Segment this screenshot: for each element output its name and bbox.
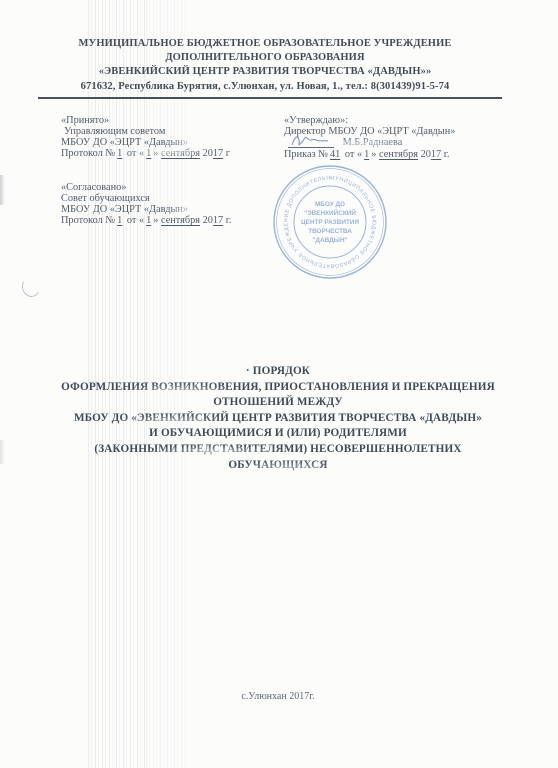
protocol-label: Протокол № — [61, 148, 115, 159]
order-text: » — [371, 149, 376, 160]
org-address: 671632, Республика Бурятия, с.Улюнхан, у… — [28, 80, 502, 94]
protocol-text: » — [153, 148, 158, 159]
agreed-org: МБОУ ДО «ЭЦРТ «Давдын» — [61, 204, 289, 215]
org-name-line3: «ЭВЕНКИЙСКИЙ ЦЕНТР РАЗВИТИЯ ТВОРЧЕСТВА «… — [28, 65, 502, 79]
letterhead-divider — [38, 97, 502, 99]
order-year: 17 — [431, 149, 441, 160]
protocol-month: сентября — [161, 148, 200, 159]
agreed-body: Совет обучающихся — [61, 193, 289, 204]
stamp-center-line: МБОУ ДО — [315, 201, 345, 208]
stamp-center-text: МБОУ ДО "ЭВЕНКИЙСКИЙ ЦЕНТР РАЗВИТИЯ ТВОР… — [301, 201, 360, 244]
protocol-label: Протокол № — [61, 215, 115, 226]
order-line: Приказ №41 от «1» сентября 2017 г. — [284, 149, 550, 160]
protocol-year: 20 — [200, 148, 213, 159]
signature-line — [288, 138, 334, 148]
protocol-suffix: г — [223, 148, 230, 159]
scan-edge-smudge — [0, 440, 5, 464]
accepted-org: МБОУ ДО «ЭЦРТ «Давдын» — [61, 137, 289, 148]
accepted-body: Управляющим советом — [61, 126, 289, 137]
document-title: · ПОРЯДОК ОФОРМЛЕНИЯ ВОЗНИКНОВЕНИЯ, ПРИО… — [28, 364, 528, 473]
document-title-line: ОФОРМЛЕНИЯ ВОЗНИКНОВЕНИЯ, ПРИОСТАНОВЛЕНИ… — [28, 380, 528, 396]
scan-arc-artifact — [20, 275, 43, 299]
agreed-label: «Согласовано» — [61, 182, 289, 193]
document-title-line: И ОБУЧАЮЩИМИСЯ И (ИЛИ) РОДИТЕЛЯМИ — [28, 426, 528, 442]
order-number: 41 — [328, 149, 342, 160]
protocol-suffix: г. — [223, 215, 231, 226]
letterhead: МУНИЦИПАЛЬНОЕ БЮДЖЕТНОЕ ОБРАЗОВАТЕЛЬНОЕ … — [28, 37, 502, 94]
org-name-line2: ДОПОЛНИТЕЛЬНОГО ОБРАЗОВАНИЯ — [28, 51, 502, 65]
document-title-line: · ПОРЯДОК — [28, 364, 528, 380]
order-suffix: г. — [441, 149, 449, 160]
protocol-number: 1 — [115, 148, 124, 159]
stamp-center-line: "ДАВДЫН" — [312, 237, 347, 244]
stamp-center-line: ЦЕНТР РАЗВИТИЯ — [301, 219, 360, 226]
document-title-line: МБОУ ДО «ЭВЕНКИЙСКИЙ ЦЕНТР РАЗВИТИЯ ТВОР… — [28, 411, 528, 427]
protocol-number: 1 — [115, 215, 124, 226]
protocol-text: » — [153, 215, 158, 226]
approved-label: «Утверждаю»: — [284, 115, 550, 126]
approved-block: «Утверждаю»: Директор МБОУ ДО «ЭЦРТ «Дав… — [284, 115, 550, 160]
order-day: 1 — [362, 149, 371, 160]
protocol-text: от « — [127, 215, 144, 226]
official-stamp: МУНИЦИПАЛЬНОЕ БЮДЖЕТНОЕ ОБРАЗОВАТЕЛЬНОЕ … — [271, 163, 389, 281]
document-title-line: ОТНОШЕНИЙ МЕЖДУ — [28, 395, 528, 411]
order-month: сентября — [379, 149, 418, 160]
org-name-line1: МУНИЦИПАЛЬНОЕ БЮДЖЕТНОЕ ОБРАЗОВАТЕЛЬНОЕ … — [28, 37, 502, 51]
place-and-year: с.Улюнхан 2017г. — [28, 691, 528, 702]
document-page: МУНИЦИПАЛЬНОЕ БЮДЖЕТНОЕ ОБРАЗОВАТЕЛЬНОЕ … — [0, 0, 558, 768]
protocol-day: 1 — [144, 148, 153, 159]
document-title-line: ОБУЧАЮЩИХСЯ — [28, 458, 528, 474]
order-label: Приказ № — [284, 149, 328, 160]
protocol-line: Протокол №1 от «1» сентября 2017 г — [61, 148, 289, 159]
agreed-block: «Согласовано» Совет обучающихся МБОУ ДО … — [61, 182, 289, 226]
stamp-center-line: "ЭВЕНКИЙСКИЙ — [304, 208, 356, 217]
accepted-block: «Принято» Управляющим советом МБОУ ДО «Э… — [61, 115, 289, 159]
protocol-day: 1 — [144, 215, 153, 226]
accepted-label: «Принято» — [61, 115, 289, 126]
signature-scribble — [290, 133, 330, 149]
scan-edge-smudge — [0, 175, 5, 205]
protocol-year: 17 — [213, 215, 223, 226]
protocol-year: 20 — [200, 215, 213, 226]
document-title-line: (ЗАКОННЫМИ ПРЕДСТАВИТЕЛЯМИ) НЕСОВЕРШЕННО… — [28, 442, 528, 458]
protocol-line: Протокол №1 от «1» сентября 2017 г. — [61, 215, 289, 226]
stamp-center-line: ТВОРЧЕСТВА — [308, 228, 352, 235]
signer-name: М.Б.Раднаева — [343, 137, 403, 148]
protocol-year: 17 — [213, 148, 223, 159]
order-text: от « — [345, 149, 362, 160]
protocol-month: сентября — [161, 215, 200, 226]
signature-row: М.Б.Раднаева — [284, 137, 550, 149]
order-year: 20 — [418, 149, 431, 160]
protocol-text: от « — [127, 148, 144, 159]
